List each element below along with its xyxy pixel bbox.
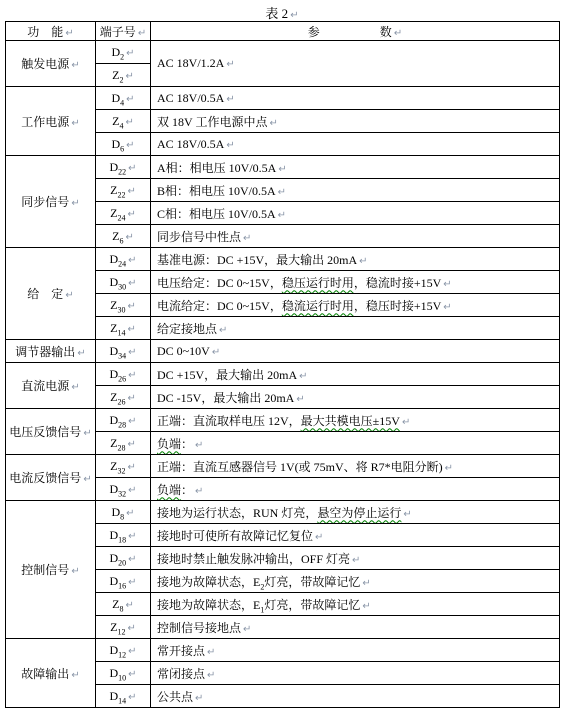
terminal-cell: D8↵ [96, 501, 151, 524]
return-mark-icon: ↵ [402, 417, 410, 428]
terminal-label: D [111, 45, 120, 59]
return-mark-icon: ↵ [83, 428, 91, 439]
param-cell: 给定接地点↵ [151, 317, 560, 340]
table-title-text: 表 2 [265, 6, 288, 21]
terminal-subscript: 6 [120, 144, 124, 153]
return-mark-icon: ↵ [278, 187, 286, 198]
terminal-parameter-table: 功 能↵ 端子号↵ 参数↵ 触发电源↵D2↵AC 18V/1.2A↵Z2↵工作电… [5, 21, 560, 708]
terminal-label: D [109, 528, 118, 542]
param-cell: 接地为故障状态，E2灯亮，带故障记忆↵ [151, 570, 560, 593]
function-label: 同步信号 [21, 195, 69, 209]
function-cell: 电流反馈信号↵ [6, 455, 96, 501]
param-text: 正端：直流互感器信号 1V(或 75mV、将 R7*电阻分断) [157, 460, 443, 474]
terminal-label: D [109, 160, 118, 174]
return-mark-icon: ↵ [127, 209, 135, 220]
param-text: 控制信号接地点 [157, 621, 241, 635]
function-cell: 故障输出↵ [6, 639, 96, 708]
function-cell: 触发电源↵ [6, 41, 96, 87]
return-mark-icon: ↵ [128, 416, 136, 427]
terminal-cell: D26↵ [96, 363, 151, 386]
param-text: 常闭接点 [157, 667, 205, 681]
param-text: AC 18V/1.2A [157, 56, 224, 70]
table-row: 直流电源↵D26↵DC +15V，最大输出 20mA↵ [6, 363, 560, 386]
terminal-cell: D14↵ [96, 685, 151, 708]
param-cell: 常闭接点↵ [151, 662, 560, 685]
terminal-subscript: 2 [119, 75, 123, 84]
param-cell: 电压给定：DC 0~15V，稳压运行时用，稳流时接+15V↵ [151, 271, 560, 294]
terminal-label: D [109, 367, 118, 381]
param-cell: 电流给定：DC 0~15V，稳流运行时用，稳压时接+15V↵ [151, 294, 560, 317]
terminal-label: D [111, 91, 120, 105]
param-cell: AC 18V/0.5A↵ [151, 133, 560, 156]
terminal-subscript: 26 [118, 374, 126, 383]
return-mark-icon: ↵ [443, 279, 451, 290]
param-cell: 基准电源：DC +15V，最大输出 20mA↵ [151, 248, 560, 271]
terminal-subscript: 20 [118, 558, 126, 567]
param-cell: 公共点↵ [151, 685, 560, 708]
terminal-subscript: 8 [120, 512, 124, 521]
return-mark-icon: ↵ [65, 28, 73, 39]
terminal-cell: Z2↵ [96, 64, 151, 87]
return-mark-icon: ↵ [71, 118, 79, 129]
terminal-cell: Z32↵ [96, 455, 151, 478]
function-label: 控制信号 [21, 563, 69, 577]
function-label: 触发电源 [21, 57, 69, 71]
function-cell: 直流电源↵ [6, 363, 96, 409]
terminal-subscript: 30 [117, 305, 125, 314]
return-mark-icon: ↵ [127, 439, 135, 450]
terminal-label: D [109, 551, 118, 565]
return-mark-icon: ↵ [127, 186, 135, 197]
terminal-cell: Z4↵ [96, 110, 151, 133]
param-cell: 双 18V 工作电源中点↵ [151, 110, 560, 133]
return-mark-icon: ↵ [128, 370, 136, 381]
param-text: 灯亮，带故障记忆 [264, 598, 360, 612]
terminal-subscript: 16 [118, 581, 126, 590]
return-mark-icon: ↵ [207, 647, 215, 658]
param-text-squiggled: 负端 [157, 483, 181, 497]
terminal-subscript: 14 [117, 328, 125, 337]
header-param-left: 参 [308, 25, 320, 39]
param-text: 电压给定：DC 0~15V， [157, 276, 282, 290]
param-text: 正端：直流取样电压 12V， [157, 414, 301, 428]
function-cell: 电压反馈信号↵ [6, 409, 96, 455]
terminal-cell: Z26↵ [96, 386, 151, 409]
param-text: 灯亮，带故障记忆 [264, 575, 360, 589]
terminal-cell: Z28↵ [96, 432, 151, 455]
table-row: 电压反馈信号↵D28↵正端：直流取样电压 12V，最大共模电压±15V↵ [6, 409, 560, 432]
terminal-label: D [109, 252, 118, 266]
param-text: 电流给定：DC 0~15V， [157, 299, 282, 313]
terminal-subscript: 18 [118, 535, 126, 544]
return-mark-icon: ↵ [128, 554, 136, 565]
param-text-squiggled: 稳流运行时用 [282, 299, 354, 313]
param-text: C相：相电压 10V/0.5A [157, 207, 276, 221]
terminal-label: D [109, 275, 118, 289]
param-cell: 接地时禁止触发脉冲输出，OFF 灯亮↵ [151, 547, 560, 570]
terminal-cell: D30↵ [96, 271, 151, 294]
param-text: DC -15V，最大输出 20mA [157, 391, 294, 405]
param-text: ，稳流时接+15V [354, 276, 441, 290]
terminal-subscript: 2 [120, 52, 124, 61]
return-mark-icon: ↵ [226, 140, 234, 151]
terminal-label: D [109, 689, 118, 703]
return-mark-icon: ↵ [315, 532, 323, 543]
return-mark-icon: ↵ [128, 577, 136, 588]
param-cell: AC 18V/1.2A↵ [151, 41, 560, 87]
return-mark-icon: ↵ [290, 10, 298, 21]
return-mark-icon: ↵ [127, 324, 135, 335]
terminal-cell: D20↵ [96, 547, 151, 570]
return-mark-icon: ↵ [128, 163, 136, 174]
table-row: 调节器输出↵D34↵DC 0~10V↵ [6, 340, 560, 363]
return-mark-icon: ↵ [445, 463, 453, 474]
return-mark-icon: ↵ [127, 301, 135, 312]
terminal-cell: D18↵ [96, 524, 151, 547]
function-cell: 给 定↵ [6, 248, 96, 340]
return-mark-icon: ↵ [443, 302, 451, 313]
terminal-subscript: 14 [118, 696, 126, 705]
return-mark-icon: ↵ [65, 290, 73, 301]
param-cell: DC +15V，最大输出 20mA↵ [151, 363, 560, 386]
param-cell: 负端：↵ [151, 478, 560, 501]
terminal-cell: Z6↵ [96, 225, 151, 248]
param-cell: AC 18V/0.5A↵ [151, 87, 560, 110]
return-mark-icon: ↵ [243, 233, 251, 244]
return-mark-icon: ↵ [128, 669, 136, 680]
param-text: ： [181, 483, 193, 497]
terminal-cell: D24↵ [96, 248, 151, 271]
return-mark-icon: ↵ [77, 348, 85, 359]
terminal-cell: Z12↵ [96, 616, 151, 639]
terminal-cell: Z8↵ [96, 593, 151, 616]
return-mark-icon: ↵ [352, 555, 360, 566]
return-mark-icon: ↵ [71, 198, 79, 209]
terminal-subscript: 22 [117, 190, 125, 199]
function-cell: 控制信号↵ [6, 501, 96, 639]
terminal-subscript: 8 [119, 604, 123, 613]
return-mark-icon: ↵ [269, 118, 277, 129]
param-text-squiggled: 稳压运行时用 [282, 276, 354, 290]
table-row: 工作电源↵D4↵AC 18V/0.5A↵ [6, 87, 560, 110]
terminal-label: D [109, 413, 118, 427]
param-text: ： [181, 437, 193, 451]
terminal-subscript: 12 [118, 650, 126, 659]
return-mark-icon: ↵ [195, 440, 203, 451]
terminal-cell: D28↵ [96, 409, 151, 432]
terminal-label: D [111, 137, 120, 151]
function-label: 直流电源 [21, 379, 69, 393]
terminal-cell: D34↵ [96, 340, 151, 363]
return-mark-icon: ↵ [299, 371, 307, 382]
terminal-cell: D4↵ [96, 87, 151, 110]
terminal-label: D [109, 344, 118, 358]
return-mark-icon: ↵ [127, 462, 135, 473]
param-text: 同步信号中性点 [157, 230, 241, 244]
param-text: DC 0~10V [157, 344, 210, 358]
return-mark-icon: ↵ [125, 600, 133, 611]
param-cell: A相：相电压 10V/0.5A↵ [151, 156, 560, 179]
param-text: 给定接地点 [157, 322, 217, 336]
terminal-subscript: 24 [117, 213, 125, 222]
param-cell: 接地为运行状态，RUN 灯亮，悬空为停止运行↵ [151, 501, 560, 524]
param-cell: 正端：直流互感器信号 1V(或 75mV、将 R7*电阻分断)↵ [151, 455, 560, 478]
terminal-label: D [109, 482, 118, 496]
return-mark-icon: ↵ [71, 566, 79, 577]
terminal-label: D [111, 505, 120, 519]
table-row: 同步信号↵D22↵A相：相电压 10V/0.5A↵ [6, 156, 560, 179]
table-row: 给 定↵D24↵基准电源：DC +15V，最大输出 20mA↵ [6, 248, 560, 271]
terminal-subscript: 24 [118, 259, 126, 268]
return-mark-icon: ↵ [278, 164, 286, 175]
param-cell: B相：相电压 10V/0.5A↵ [151, 179, 560, 202]
function-label: 电流反馈信号 [9, 471, 81, 485]
param-text: 公共点 [157, 690, 193, 704]
terminal-subscript: 34 [118, 351, 126, 360]
return-mark-icon: ↵ [394, 28, 402, 39]
terminal-cell: D22↵ [96, 156, 151, 179]
param-cell: DC -15V，最大输出 20mA↵ [151, 386, 560, 409]
function-label: 电压反馈信号 [9, 425, 81, 439]
table-row: 电流反馈信号↵Z32↵正端：直流互感器信号 1V(或 75mV、将 R7*电阻分… [6, 455, 560, 478]
header-param-right: 数 [380, 25, 392, 39]
param-text-squiggled: 最大共模电压±15V [301, 414, 400, 428]
param-cell: 常开接点↵ [151, 639, 560, 662]
return-mark-icon: ↵ [362, 578, 370, 589]
terminal-subscript: 30 [118, 282, 126, 291]
return-mark-icon: ↵ [278, 210, 286, 221]
param-text: 接地时禁止触发脉冲输出，OFF 灯亮 [157, 552, 350, 566]
terminal-subscript: 4 [119, 121, 123, 130]
return-mark-icon: ↵ [243, 624, 251, 635]
param-text: 接地为故障状态，E [157, 598, 260, 612]
param-text: 基准电源：DC +15V，最大输出 20mA [157, 253, 357, 267]
terminal-cell: D6↵ [96, 133, 151, 156]
return-mark-icon: ↵ [71, 382, 79, 393]
function-cell: 调节器输出↵ [6, 340, 96, 363]
return-mark-icon: ↵ [126, 48, 134, 59]
param-text-squiggled: 悬空为停止运行 [317, 506, 401, 520]
function-label: 故障输出 [21, 667, 69, 681]
return-mark-icon: ↵ [128, 646, 136, 657]
param-cell: DC 0~10V↵ [151, 340, 560, 363]
terminal-label: D [109, 574, 118, 588]
terminal-cell: D16↵ [96, 570, 151, 593]
return-mark-icon: ↵ [125, 71, 133, 82]
table-body: 触发电源↵D2↵AC 18V/1.2A↵Z2↵工作电源↵D4↵AC 18V/0.… [6, 41, 560, 708]
param-cell: C相：相电压 10V/0.5A↵ [151, 202, 560, 225]
param-cell: 控制信号接地点↵ [151, 616, 560, 639]
return-mark-icon: ↵ [212, 347, 220, 358]
terminal-subscript: 32 [118, 489, 126, 498]
header-terminal-label: 端子号 [100, 25, 136, 39]
param-text: 接地为运行状态，RUN 灯亮， [157, 506, 317, 520]
terminal-label: D [109, 666, 118, 680]
table-title: 表 2↵ [0, 0, 564, 18]
param-text: 常开接点 [157, 644, 205, 658]
param-text: ，稳压时接+15V [354, 299, 441, 313]
return-mark-icon: ↵ [128, 255, 136, 266]
header-param-cell: 参数↵ [151, 22, 560, 41]
return-mark-icon: ↵ [403, 509, 411, 520]
terminal-subscript: 22 [118, 167, 126, 176]
param-cell: 接地时可使所有故障记忆复位↵ [151, 524, 560, 547]
return-mark-icon: ↵ [128, 347, 136, 358]
terminal-cell: Z24↵ [96, 202, 151, 225]
param-text: 接地为故障状态，E [157, 575, 260, 589]
param-text-squiggled: 负端 [157, 437, 181, 451]
return-mark-icon: ↵ [127, 623, 135, 634]
terminal-cell: D2↵ [96, 41, 151, 64]
header-row: 功 能↵ 端子号↵ 参数↵ [6, 22, 560, 41]
terminal-subscript: 32 [117, 466, 125, 475]
return-mark-icon: ↵ [126, 508, 134, 519]
terminal-cell: Z22↵ [96, 179, 151, 202]
function-label: 调节器输出 [15, 345, 75, 359]
return-mark-icon: ↵ [83, 474, 91, 485]
table-row: 故障输出↵D12↵常开接点↵ [6, 639, 560, 662]
return-mark-icon: ↵ [226, 59, 234, 70]
return-mark-icon: ↵ [207, 670, 215, 681]
terminal-subscript: 6 [119, 236, 123, 245]
table-row: 触发电源↵D2↵AC 18V/1.2A↵ [6, 41, 560, 64]
return-mark-icon: ↵ [125, 232, 133, 243]
return-mark-icon: ↵ [126, 94, 134, 105]
terminal-subscript: 28 [118, 420, 126, 429]
return-mark-icon: ↵ [226, 94, 234, 105]
table-row: 控制信号↵D8↵接地为运行状态，RUN 灯亮，悬空为停止运行↵ [6, 501, 560, 524]
return-mark-icon: ↵ [128, 531, 136, 542]
terminal-subscript: 4 [120, 98, 124, 107]
param-text: 双 18V 工作电源中点 [157, 115, 267, 129]
terminal-cell: D32↵ [96, 478, 151, 501]
param-text: AC 18V/0.5A [157, 91, 224, 105]
function-cell: 同步信号↵ [6, 156, 96, 248]
function-cell: 工作电源↵ [6, 87, 96, 156]
terminal-subscript: 12 [117, 627, 125, 636]
return-mark-icon: ↵ [128, 485, 136, 496]
return-mark-icon: ↵ [71, 60, 79, 71]
function-label: 工作电源 [21, 115, 69, 129]
terminal-subscript: 10 [118, 673, 126, 682]
param-cell: 接地为故障状态，E1灯亮，带故障记忆↵ [151, 593, 560, 616]
terminal-label: D [109, 643, 118, 657]
param-cell: 正端：直流取样电压 12V，最大共模电压±15V↵ [151, 409, 560, 432]
param-text: DC +15V，最大输出 20mA [157, 368, 297, 382]
function-label: 给 定 [27, 287, 63, 301]
header-function-label: 功 能 [27, 25, 63, 39]
terminal-cell: D10↵ [96, 662, 151, 685]
return-mark-icon: ↵ [362, 601, 370, 612]
param-text: 接地时可使所有故障记忆复位 [157, 529, 313, 543]
terminal-cell: Z14↵ [96, 317, 151, 340]
terminal-subscript: 28 [117, 443, 125, 452]
return-mark-icon: ↵ [126, 140, 134, 151]
return-mark-icon: ↵ [296, 394, 304, 405]
header-terminal-cell: 端子号↵ [96, 22, 151, 41]
param-cell: 负端：↵ [151, 432, 560, 455]
return-mark-icon: ↵ [195, 693, 203, 704]
return-mark-icon: ↵ [125, 117, 133, 128]
terminal-cell: D12↵ [96, 639, 151, 662]
terminal-cell: Z30↵ [96, 294, 151, 317]
param-text: AC 18V/0.5A [157, 137, 224, 151]
return-mark-icon: ↵ [138, 28, 146, 39]
terminal-subscript: 26 [117, 397, 125, 406]
return-mark-icon: ↵ [359, 256, 367, 267]
return-mark-icon: ↵ [127, 393, 135, 404]
param-cell: 同步信号中性点↵ [151, 225, 560, 248]
param-text: B相：相电压 10V/0.5A [157, 184, 276, 198]
return-mark-icon: ↵ [219, 325, 227, 336]
return-mark-icon: ↵ [71, 670, 79, 681]
return-mark-icon: ↵ [128, 692, 136, 703]
return-mark-icon: ↵ [195, 486, 203, 497]
param-text: A相：相电压 10V/0.5A [157, 161, 276, 175]
header-function-cell: 功 能↵ [6, 22, 96, 41]
return-mark-icon: ↵ [128, 278, 136, 289]
